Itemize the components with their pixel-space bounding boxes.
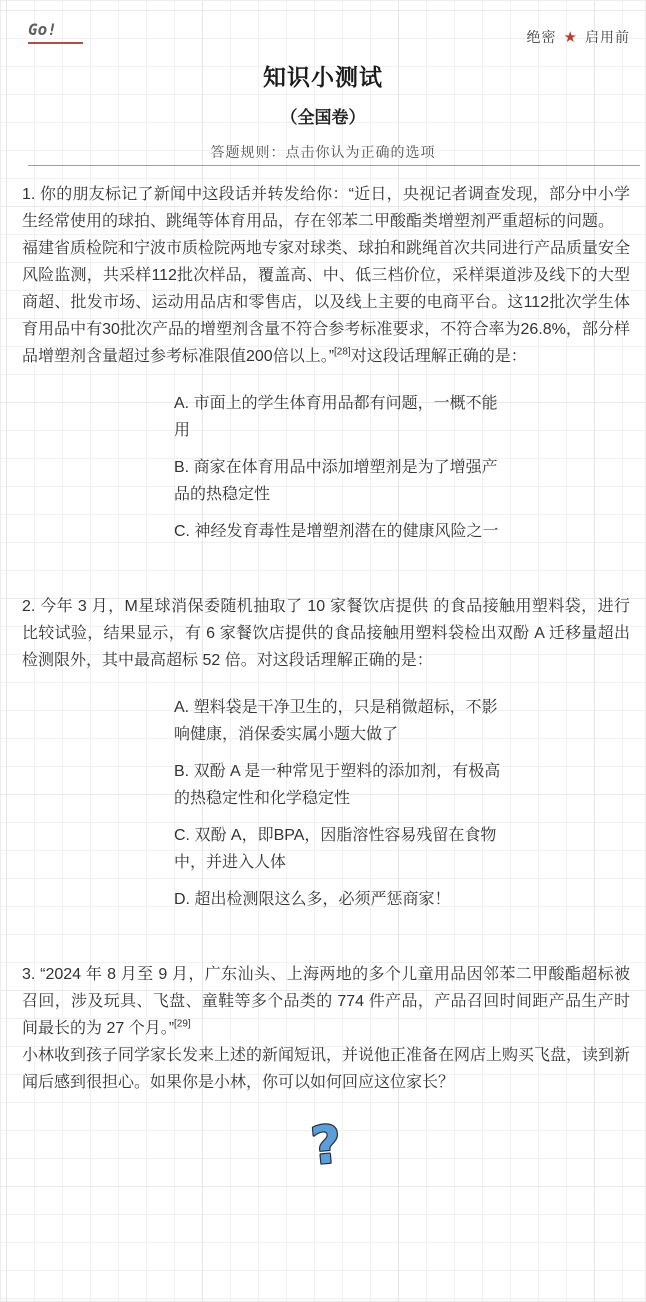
citation-29: [29]	[174, 1019, 191, 1030]
classified-text: 绝密	[527, 29, 557, 45]
question-2-intro: 2. 今年 3 月，M星球消保委随机抽取了 10 家餐饮店提供 的食品接触用塑料…	[22, 593, 630, 674]
question-1-intro: 1. 你的朋友标记了新闻中这段话并转发给你：“近日，央视记者调查发现，部分中小学…	[22, 181, 630, 235]
question-1-body-text: 福建省质检院和宁波市质检院两地专家对球类、球拍和跳绳首次共同进行产品质量安全风险…	[22, 240, 630, 365]
question-2-options: A. 塑料袋是干净卫生的，只是稍微超标，不影响健康，消保委实属小题大做了 B. …	[22, 694, 630, 913]
classification-label: 绝密★启用前	[527, 27, 630, 47]
page-header: Go! 绝密★启用前	[0, 0, 646, 52]
citation-28: [28]	[334, 347, 351, 358]
question-3: 3. “2024 年 8 月至 9 月，广东汕头、上海两地的多个儿童用品因邻苯二…	[22, 961, 630, 1096]
question-mark-glyph: ?	[309, 1115, 344, 1174]
question-2-option-d[interactable]: D. 超出检测限这么多，必须严惩商家！	[174, 886, 508, 913]
question-3-quote: 3. “2024 年 8 月至 9 月，广东汕头、上海两地的多个儿童用品因邻苯二…	[22, 961, 630, 1042]
question-3-follow: 小林收到孩子同学家长发来上述的新闻短讯，并说他正准备在网店上购买飞盘，读到新闻后…	[22, 1042, 630, 1096]
before-use-text: 启用前	[585, 29, 630, 45]
quiz-content: 1. 你的朋友标记了新闻中这段话并转发给你：“近日，央视记者调查发现，部分中小学…	[0, 166, 646, 1183]
answer-rules: 答题规则：点击你认为正确的选项	[0, 143, 646, 162]
question-1-option-c[interactable]: C. 神经发育毒性是增塑剂潜在的健康风险之一	[174, 518, 508, 545]
question-2-option-c[interactable]: C. 双酚 A，即BPA，因脂溶性容易残留在食物中，并进入人体	[174, 822, 508, 876]
question-1: 1. 你的朋友标记了新闻中这段话并转发给你：“近日，央视记者调查发现，部分中小学…	[22, 181, 630, 545]
question-2-option-b[interactable]: B. 双酚 A 是一种常见于塑料的添加剂，有极高的热稳定性和化学稳定性	[174, 758, 508, 812]
quiz-page: Go! 绝密★启用前 知识小测试 （全国卷） 答题规则：点击你认为正确的选项 1…	[0, 0, 646, 1302]
question-1-option-a[interactable]: A. 市面上的学生体育用品都有问题，一概不能用	[174, 390, 508, 444]
question-1-option-b[interactable]: B. 商家在体育用品中添加增塑剂是为了增强产品的热稳定性	[174, 454, 508, 508]
question-2: 2. 今年 3 月，M星球消保委随机抽取了 10 家餐饮店提供 的食品接触用塑料…	[22, 593, 630, 913]
question-3-quote-text: 3. “2024 年 8 月至 9 月，广东汕头、上海两地的多个儿童用品因邻苯二…	[22, 966, 630, 1037]
question-mark-sticker: ?	[22, 1114, 630, 1183]
go-label: Go!	[28, 20, 83, 44]
question-mark-icon: ?	[303, 1114, 349, 1174]
page-title: 知识小测试	[0, 60, 646, 94]
star-icon: ★	[564, 29, 578, 46]
page-subtitle: （全国卷）	[0, 106, 646, 130]
question-1-prompt: 对这段话理解正确的是：	[351, 348, 527, 365]
question-1-body: 福建省质检院和宁波市质检院两地专家对球类、球拍和跳绳首次共同进行产品质量安全风险…	[22, 235, 630, 370]
question-2-option-a[interactable]: A. 塑料袋是干净卫生的，只是稍微超标，不影响健康，消保委实属小题大做了	[174, 694, 508, 748]
question-1-options: A. 市面上的学生体育用品都有问题，一概不能用 B. 商家在体育用品中添加增塑剂…	[22, 390, 630, 545]
